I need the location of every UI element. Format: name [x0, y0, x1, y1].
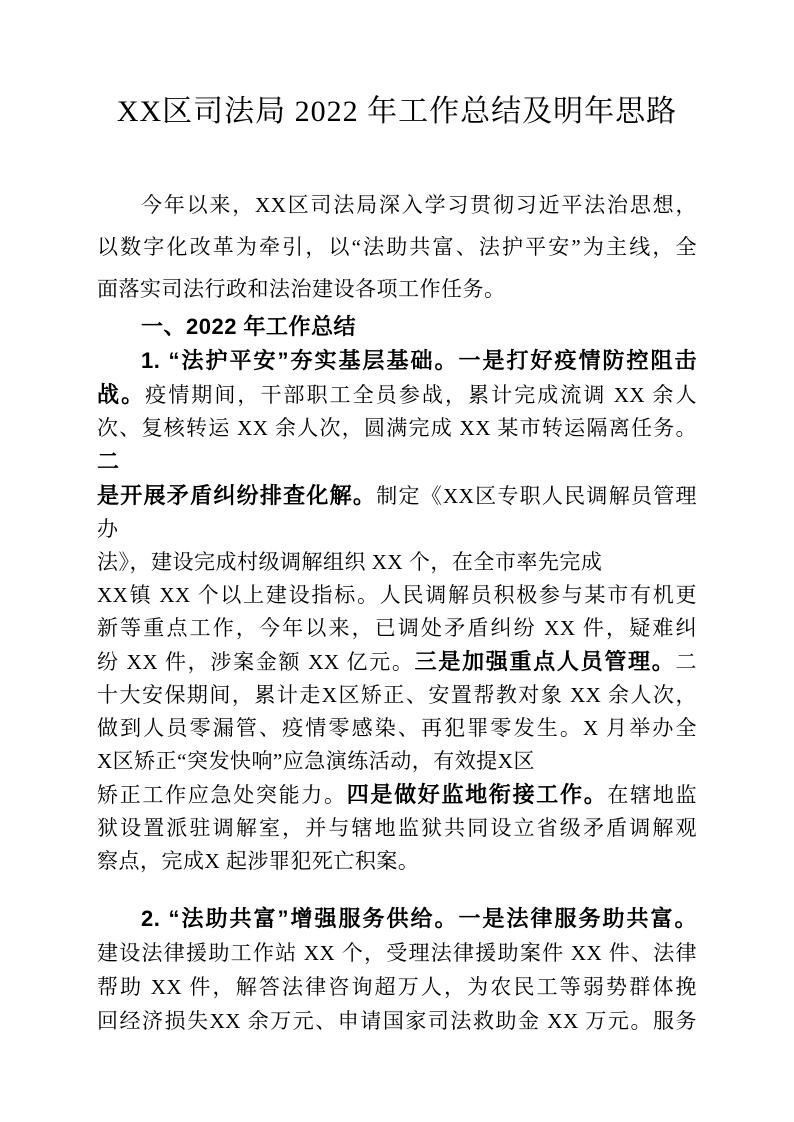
bold-text-run: 是开展矛盾纠纷排查化解。 [97, 483, 376, 508]
text-line: X区矫正“突发快响”应急演练活动，有效提X区 [97, 745, 697, 778]
text-run: 在辖地监 [607, 783, 697, 807]
text-line: XX镇 XX 个以上建设指标。人民调解员积极参与某市有机更 [97, 579, 697, 612]
text-run: 察点，完成X 起涉罪犯死亡积案。 [97, 849, 419, 873]
bold-text-run: 三是加强重点人员管理。 [415, 649, 676, 674]
text-run: 做到人员零漏管、疫情零感染、再犯罪零发生。X 月举办全 [97, 716, 697, 740]
text-run: 疫情期间，干部职工全员参战，累计完成流调 XX 余人 [145, 383, 697, 407]
bold-text-run: 二 [97, 449, 120, 474]
text-run: 法》，建设完成村级调解组织 XX 个，在全市率先完成 [97, 550, 602, 574]
bold-text-run: 2. “法助共富”增强服务供给。一是法律服务助共富。 [141, 906, 697, 931]
text-run: 回经济损失XX 余万元、申请国家司法救助金 XX 万元。服务 [97, 1009, 697, 1033]
document-page: XX区司法局 2022 年工作总结及明年思路 今年以来，XX区司法局深入学习贯彻… [0, 0, 794, 1122]
document-title: XX区司法局 2022 年工作总结及明年思路 [97, 92, 697, 132]
text-line: 次、复核转运 XX 余人次，圆满完成 XX 某市转运隔离任务。二 [97, 412, 697, 479]
text-line: 面落实司法行政和法治建设各项工作任务。 [97, 268, 697, 310]
section-1-2-paragraph: 2. “法助共富”增强服务供给。一是法律服务助共富。建设法律援助工作站 XX 个… [97, 902, 697, 1038]
text-line: 做到人员零漏管、疫情零感染、再犯罪零发生。X 月举办全 [97, 712, 697, 745]
bold-text-run: 1. “法护平安”夯实基层基础。一是打好疫情防控阻击 [141, 348, 697, 373]
text-run: 今年以来，XX区司法局深入学习贯彻习近平法治思想， [141, 193, 697, 217]
text-line: 纷 XX 件，涉案金额 XX 亿元。三是加强重点人员管理。二 [97, 645, 697, 679]
text-run: 以数字化改革为牵引，以“法助共富、法护平安”为主线，全 [97, 235, 697, 259]
document-body: 今年以来，XX区司法局深入学习贯彻习近平法治思想，以数字化改革为牵引，以“法助共… [97, 184, 697, 1038]
text-run: 次、复核转运 XX 余人次，圆满完成 XX 某市转运隔离任务。 [97, 416, 697, 440]
text-line: 1. “法护平安”夯实基层基础。一是打好疫情防控阻击 [97, 344, 697, 378]
text-line: 矫正工作应急处突能力。四是做好监地衔接工作。在辖地监 [97, 778, 697, 812]
text-run: 帮助 XX 件，解答法律咨询超万人，为农民工等弱势群体挽 [97, 975, 697, 999]
text-run: 新等重点工作，今年以来，已调处矛盾纠纷 XX 件，疑难纠 [97, 616, 697, 640]
text-run: 狱设置派驻调解室，并与辖地监狱共同设立省级矛盾调解观 [97, 816, 697, 840]
text-run: 面落实司法行政和法治建设各项工作任务。 [97, 277, 506, 301]
text-line: 新等重点工作，今年以来，已调处矛盾纠纷 XX 件，疑难纠 [97, 612, 697, 645]
text-line: 察点，完成X 起涉罪犯死亡积案。 [97, 845, 697, 878]
text-line: 今年以来，XX区司法局深入学习贯彻习近平法治思想， [97, 184, 697, 226]
text-line: 法》，建设完成村级调解组织 XX 个，在全市率先完成 [97, 546, 697, 579]
text-run: X区矫正“突发快响”应急演练活动，有效提X区 [97, 749, 535, 773]
document-content: XX区司法局 2022 年工作总结及明年思路 今年以来，XX区司法局深入学习贯彻… [97, 92, 697, 1038]
text-line: 以数字化改革为牵引，以“法助共富、法护平安”为主线，全 [97, 226, 697, 268]
section-1-1-paragraph: 1. “法护平安”夯实基层基础。一是打好疫情防控阻击战。疫情期间，干部职工全员参… [97, 344, 697, 878]
text-line: 2. “法助共富”增强服务供给。一是法律服务助共富。 [97, 902, 697, 936]
text-run: 建设法律援助工作站 XX 个，受理法律援助案件 XX 件、法律 [97, 941, 697, 965]
section-1-heading: 一、2022 年工作总结 [97, 310, 697, 344]
bold-text-run: 战。 [97, 382, 145, 407]
text-line: 帮助 XX 件，解答法律咨询超万人，为农民工等弱势群体挽 [97, 970, 697, 1004]
bold-text-run: 一、2022 年工作总结 [141, 314, 356, 339]
bold-text-run: 四是做好监地衔接工作。 [347, 782, 608, 807]
text-line: 狱设置派驻调解室，并与辖地监狱共同设立省级矛盾调解观 [97, 812, 697, 845]
text-line: 十大安保期间，累计走X区矫正、安置帮教对象 XX 余人次， [97, 679, 697, 712]
text-run: XX镇 XX 个以上建设指标。人民调解员积极参与某市有机更 [97, 583, 697, 607]
text-line: 是开展矛盾纠纷排查化解。制定《XX区专职人民调解员管理办 [97, 479, 697, 546]
text-run: 纷 XX 件，涉案金额 XX 亿元。 [97, 650, 415, 674]
text-line: 回经济损失XX 余万元、申请国家司法救助金 XX 万元。服务 [97, 1004, 697, 1038]
text-line: 建设法律援助工作站 XX 个，受理法律援助案件 XX 件、法律 [97, 936, 697, 970]
text-line: 战。疫情期间，干部职工全员参战，累计完成流调 XX 余人 [97, 378, 697, 412]
text-line: 一、2022 年工作总结 [97, 310, 697, 344]
text-run: 二 [675, 650, 697, 674]
intro-paragraph: 今年以来，XX区司法局深入学习贯彻习近平法治思想，以数字化改革为牵引，以“法助共… [97, 184, 697, 310]
text-run: 十大安保期间，累计走X区矫正、安置帮教对象 XX 余人次， [97, 683, 697, 707]
text-run: 矫正工作应急处突能力。 [97, 783, 347, 807]
